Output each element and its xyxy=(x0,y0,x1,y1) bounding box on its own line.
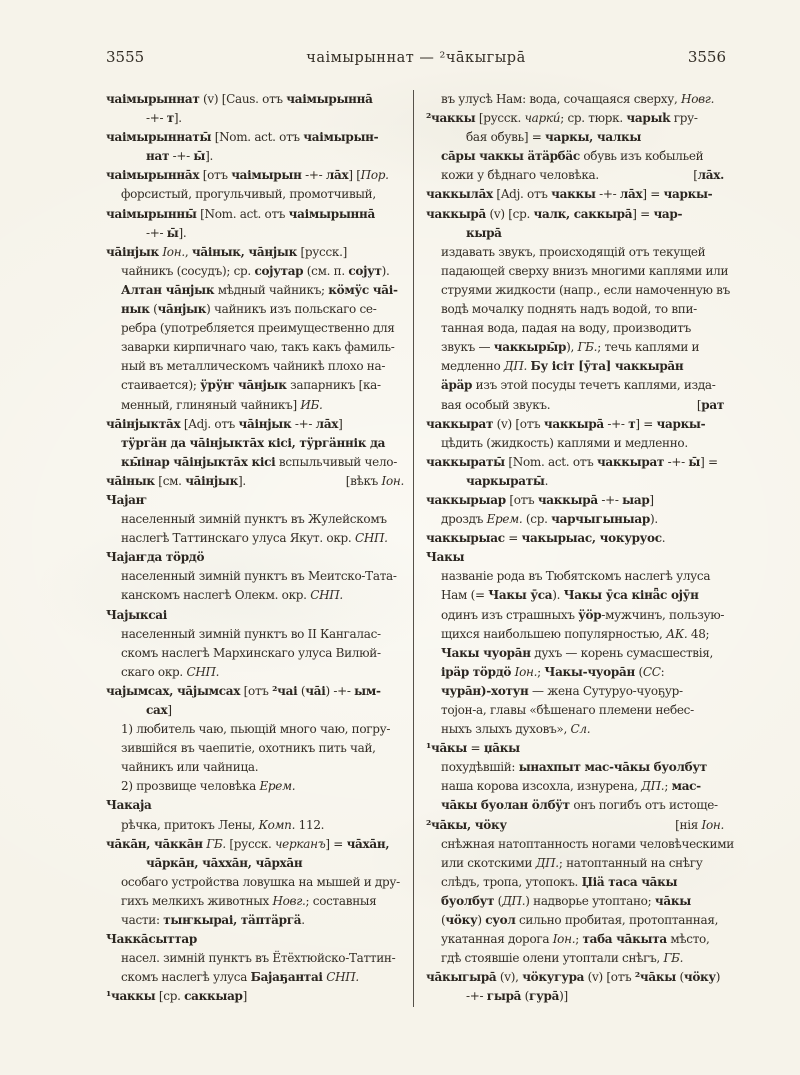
dictionary-line: водѣ мочалку поднять надъ водой, то впи- xyxy=(426,300,724,319)
dictionary-line: вая особый звукъ.[рат xyxy=(426,396,724,415)
dictionary-line: кыра̄ xyxy=(426,224,724,243)
dictionary-line: гдѣ стоявшіе олени утоптали снѣгъ, ГБ. xyxy=(426,949,724,968)
dictionary-line: чаjымсах, ча̄jымсах [отъ ²чаі (ча̄і) -+-… xyxy=(106,682,404,701)
left-column: чаімырыннат (v) [Caus. отъ чаімырынна̄-+… xyxy=(106,90,413,1007)
dictionary-line: Чакаjа xyxy=(106,796,404,815)
dictionary-line: чаккырат (v) [отъ чаккыра̄ -+- т] = чарк… xyxy=(426,415,724,434)
dictionary-line: похудѣвшій: ынахпыт мас-ча̄кы буолбут xyxy=(426,758,724,777)
dictionary-line: наша корова изсохла, изнурена, ДП.; мас- xyxy=(426,777,724,796)
dictionary-line: Чакы xyxy=(426,548,724,567)
dictionary-line: ча̄інjыкта̄х [Adj. отъ ча̄інjык -+- ла̄х… xyxy=(106,415,404,434)
catchword: [вѣкъ Іон. xyxy=(346,472,404,491)
dictionary-line: скаго окр. СНП. xyxy=(106,663,404,682)
dictionary-line: нат -+- ы̄]. xyxy=(106,147,404,166)
dictionary-line: нык (ча̄нjык) чайникъ изъ польскаго се- xyxy=(106,300,404,319)
dictionary-line: населенный зимній пунктъ въ Меитско-Тата… xyxy=(106,567,404,586)
catchword: [рат xyxy=(697,396,724,415)
dictionary-line: танная вода, падая на воду, производитъ xyxy=(426,319,724,338)
dictionary-line: чаккырыар [отъ чаккыра̄ -+- ыар] xyxy=(426,491,724,510)
dictionary-line: кожи у бѣднаго человѣка.[ла̄х. xyxy=(426,166,724,185)
dictionary-line: ный въ металлическомъ чайникѣ плохо на- xyxy=(106,357,404,376)
dictionary-line: бая обувь] = чаркы, чалкы xyxy=(426,128,724,147)
dictionary-line: тоjон-а, главы «бѣшенаго племени небес- xyxy=(426,701,724,720)
dictionary-line: струями жидкости (напр., если намоченную… xyxy=(426,281,724,300)
dictionary-line: ча̄кы буолан ӧлбӱт онъ погибъ отъ истоще… xyxy=(426,796,724,815)
dictionary-line: снѣжная натоптанность ногами человѣчески… xyxy=(426,835,724,854)
dictionary-line: особаго устройства ловушка на мышей и др… xyxy=(106,873,404,892)
dictionary-line: ¹ча̄кы = џа̄кы xyxy=(426,739,724,758)
dictionary-line: Чаjаҥ xyxy=(106,491,404,510)
dictionary-line: чура̄н)-хотун — жена Сутуруо-чуоҕур- xyxy=(426,682,724,701)
dictionary-line: части: тыҥкыраі, тäптäргä. xyxy=(106,911,404,930)
page-number-right: 3556 xyxy=(656,48,726,66)
page-header: 3555 чаімырыннат — ²ча̄кыгыра̄ 3556 xyxy=(106,48,726,66)
dictionary-line: са̄ры чаккы äтäрбäс обувь изъ кобыльей xyxy=(426,147,724,166)
dictionary-line: (чӧку) суол сильно пробитая, протоптанна… xyxy=(426,911,724,930)
dictionary-line: -+- ы̄]. xyxy=(106,224,404,243)
dictionary-line: ча̄інык [см. ча̄інjык].[вѣкъ Іон. xyxy=(106,472,404,491)
dictionary-line: насел. зимній пунктъ въ Ётёхтюйско-Татти… xyxy=(106,949,404,968)
dictionary-line: названіе рода въ Тюбятскомъ наслегѣ улус… xyxy=(426,567,724,586)
text-block: 3555 чаімырыннат — ²ча̄кыгыра̄ 3556 чаім… xyxy=(106,48,726,1007)
dictionary-line: Алтан ча̄нjык мѣдный чайникъ; кӧмӱс ча̄і… xyxy=(106,281,404,300)
dictionary-line: ныхъ злыхъ духовъ», Сл. xyxy=(426,720,724,739)
dictionary-line: чаімырыннаты̄ [Nom. act. отъ чаімырын- xyxy=(106,128,404,147)
dictionary-line: -+- гыра̄ (гура̄)] xyxy=(426,987,724,1006)
dictionary-line: или скотскими ДП.; натоптанный на снѣгу xyxy=(426,854,724,873)
dictionary-line: звукъ — чаккыры̄р), ГБ.; течь каплями и xyxy=(426,338,724,357)
catchword: [нія Іон. xyxy=(675,816,724,835)
dictionary-line: Чаjыксаі xyxy=(106,606,404,625)
dictionary-line: тӱргäн да ча̄інjыкта̄х кісі, тӱргäннік д… xyxy=(106,434,404,453)
dictionary-line: зившійся въ чаепитіе, охотникъ пить чай, xyxy=(106,739,404,758)
dictionary-line: ірäр тӧрдӧ Іон.; Чакы-чуора̄н (СС: xyxy=(426,663,724,682)
dictionary-line: ²ча̄кы, чӧку[нія Іон. xyxy=(426,816,724,835)
dictionary-line: чаккыраты̄ [Nom. act. отъ чаккырат -+- ы… xyxy=(426,453,724,472)
dictionary-line: наслегѣ Таттинскаго улуса Якут. окр. СНП… xyxy=(106,529,404,548)
dictionary-line: издавать звукъ, происходящій отъ текущей xyxy=(426,243,724,262)
dictionary-line: ча̄кыгыра̄ (v), чӧкугура (v) [отъ ²ча̄кы… xyxy=(426,968,724,987)
dictionary-line: укатанная дорога Іон.; таба ча̄кыта мѣст… xyxy=(426,930,724,949)
columns-container: чаімырыннат (v) [Caus. отъ чаімырынна̄-+… xyxy=(106,90,726,1007)
dictionary-line: чаімырынны̄ [Nom. act. отъ чаімырынна̄ xyxy=(106,205,404,224)
dictionary-line: ²чаккы [русск. чарки́; ср. тюрк. чарыk г… xyxy=(426,109,724,128)
dictionary-line: скомъ наслегѣ улуса Баjаҕантаі СНП. xyxy=(106,968,404,987)
dictionary-line: скомъ наслегѣ Мархинскаго улуса Вилюй- xyxy=(106,644,404,663)
dictionary-line: цѣдить (жидкость) каплями и медленно. xyxy=(426,434,724,453)
dictionary-line: менный, глиняный чайникъ] ИБ. xyxy=(106,396,404,415)
dictionary-line: падающей сверху внизъ многими каплями ил… xyxy=(426,262,724,281)
page-number-left: 3555 xyxy=(106,48,176,66)
dictionary-line: канскомъ наслегѣ Олекм. окр. СНП. xyxy=(106,586,404,605)
dictionary-line: Чаjаҥда тӧрдӧ xyxy=(106,548,404,567)
dictionary-line: буолбут (ДП.) надворье утоптано; ча̄кы xyxy=(426,892,724,911)
dictionary-line: ча̄ка̄н, ча̄кка̄н ГБ. [русск. черканъ] =… xyxy=(106,835,404,854)
dictionary-line: щихся наибольшею популярностью, АК. 48; xyxy=(426,625,724,644)
dictionary-line: ребра (употребляется преимущественно для xyxy=(106,319,404,338)
dictionary-line: 1) любитель чаю, пьющій много чаю, погру… xyxy=(106,720,404,739)
dictionary-line: въ улусѣ Нам: вода, сочащаяся сверху, Но… xyxy=(426,90,724,109)
dictionary-line: -+- т]. xyxy=(106,109,404,128)
dictionary-page: 3555 чаімырыннат — ²ча̄кыгыра̄ 3556 чаім… xyxy=(0,0,800,1075)
dictionary-line: сах] xyxy=(106,701,404,720)
dictionary-line: Нам (= Чакы ӯса). Чакы ӯса кінǟс оjӯн xyxy=(426,586,724,605)
dictionary-line: чаккырыас = чакырыас, чокуруос. xyxy=(426,529,724,548)
dictionary-line: кы̄інар ча̄інjыкта̄х кісі вспыльчивый че… xyxy=(106,453,404,472)
dictionary-line: ча̄рка̄н, ча̄хха̄н, ча̄рха̄н xyxy=(106,854,404,873)
dictionary-line: медленно ДП. Бу ісіт [ӯта] чаккыра̄н xyxy=(426,357,724,376)
dictionary-line: Чакы чуора̄н духъ — корень сумасшествія, xyxy=(426,644,724,663)
dictionary-line: заварки кирпичнаго чаю, такъ какъ фамиль… xyxy=(106,338,404,357)
dictionary-line: дроздъ Ерем. (ср. чарчыгыныар). xyxy=(426,510,724,529)
right-column: въ улусѣ Нам: вода, сочащаяся сверху, Но… xyxy=(414,90,724,1007)
dictionary-line: ¹чаккы [ср. саккыар] xyxy=(106,987,404,1006)
dictionary-line: рѣчка, притокъ Лены, Комп. 112. xyxy=(106,816,404,835)
running-title: чаімырыннат — ²ча̄кыгыра̄ xyxy=(176,50,656,66)
dictionary-line: чаккыла̄х [Adj. отъ чаккы -+- ла̄х] = ча… xyxy=(426,185,724,204)
dictionary-line: Чакка̄сыттар xyxy=(106,930,404,949)
dictionary-line: населенный зимній пунктъ въ Жулейскомъ xyxy=(106,510,404,529)
dictionary-line: слѣдъ, тропа, утопокъ. Џіä таса ча̄кы xyxy=(426,873,724,892)
dictionary-line: ча̄інjык Іон., ча̄інык, ча̄нjык [русск.] xyxy=(106,243,404,262)
dictionary-line: чайникъ или чайница. xyxy=(106,758,404,777)
dictionary-line: стаивается); ӱрӱҥ ча̄нjык запарникъ [ка- xyxy=(106,376,404,395)
dictionary-line: гихъ мелкихъ животных Новг.; составныя xyxy=(106,892,404,911)
dictionary-line: населенный зимній пунктъ во II Кангалас- xyxy=(106,625,404,644)
dictionary-line: чаккыра̄ (v) [ср. чалк, саккыра̄] = чар- xyxy=(426,205,724,224)
dictionary-line: одинъ изъ страшныхъ ӱӧр-мужчинъ, пользую… xyxy=(426,606,724,625)
dictionary-line: чайникъ (сосудъ); ср. соjутар (см. п. со… xyxy=(106,262,404,281)
dictionary-line: 2) прозвище человѣка Ерем. xyxy=(106,777,404,796)
dictionary-line: форсистый, прогульчивый, промотчивый, xyxy=(106,185,404,204)
dictionary-line: чаркыраты̄. xyxy=(426,472,724,491)
dictionary-line: äрäр изъ этой посуды течетъ каплями, изд… xyxy=(426,376,724,395)
catchword: [ла̄х. xyxy=(693,166,724,185)
dictionary-line: чаімырыннат (v) [Caus. отъ чаімырынна̄ xyxy=(106,90,404,109)
dictionary-line: чаімырынна̄х [отъ чаімырын -+- ла̄х] [По… xyxy=(106,166,404,185)
